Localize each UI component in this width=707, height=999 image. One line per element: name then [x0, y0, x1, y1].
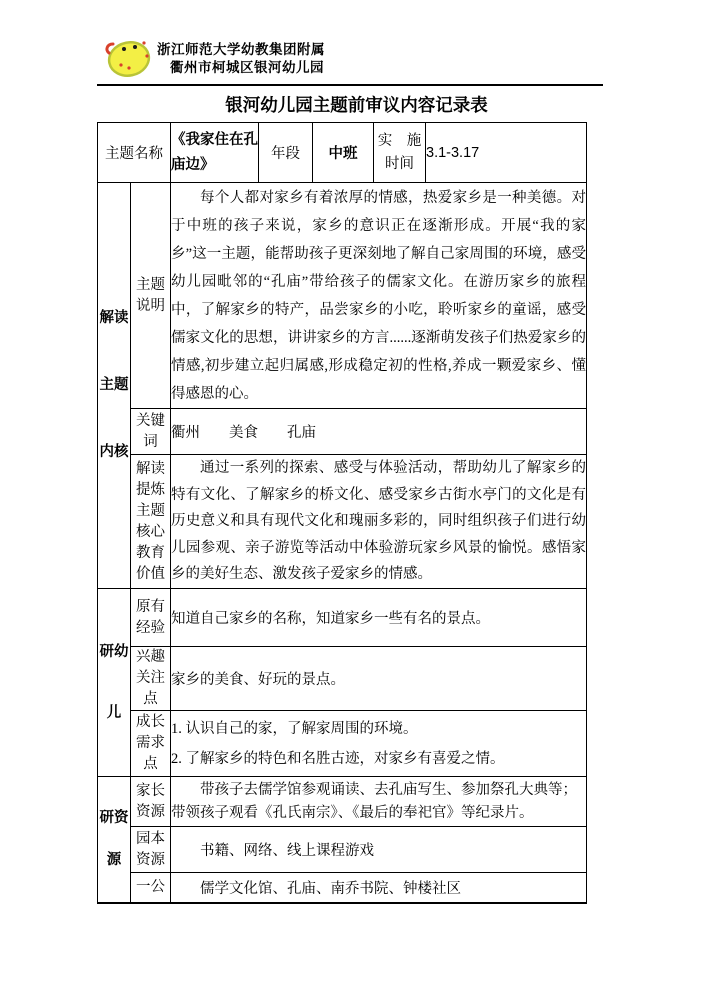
growth-needs-line1: 1. 认识自己的家，了解家周围的环境。: [171, 714, 586, 744]
theme-name-label: 主题名称: [98, 123, 171, 183]
row-label-parent-resources: 家长资源: [131, 777, 171, 827]
implementation-time-label: 实 施 时间: [374, 123, 426, 183]
implementation-time-value: 3.1-3.17: [426, 123, 587, 183]
parent-resources-line1: 带孩子去儒学馆参观诵读、去孔庙写生、参加祭孔大典等；: [171, 779, 586, 802]
row-label-community: 一公: [131, 873, 171, 903]
parent-resources-row: 研资源 家长资源 带孩子去儒学馆参观诵读、去孔庙写生、参加祭孔大典等； 带领孩子…: [98, 777, 587, 827]
chick-logo-icon: [101, 34, 153, 82]
row-label-keywords: 关键词: [131, 409, 171, 455]
row-label-core-value: 解读提炼主题核心教育价值: [131, 455, 171, 589]
header-divider: [97, 84, 603, 86]
parent-resources-text: 带孩子去儒学馆参观诵读、去孔庙写生、参加祭孔大典等； 带领孩子观看《孔氏南宗》、…: [171, 777, 587, 827]
grade-value: 中班: [313, 123, 374, 183]
implementation-time-label-line2: 时间: [374, 153, 425, 176]
section-header-core: 解读主题内核: [98, 183, 131, 589]
theme-name-value: 《我家住在孔庙边》: [171, 123, 259, 183]
prior-experience-text: 知道自己家乡的名称，知道家乡一些有名的景点。: [171, 589, 587, 647]
implementation-time-label-line1: 实 施: [374, 130, 425, 153]
keywords-row: 关键词 衢州 美食 孔庙: [98, 409, 587, 455]
growth-needs-text: 1. 认识自己的家，了解家周围的环境。 2. 了解家乡的特色和名胜古迹，对家乡有…: [171, 711, 587, 777]
interest-row: 兴趣关注点 家乡的美食、好玩的景点。: [98, 647, 587, 711]
growth-needs-row: 成长需求点 1. 认识自己的家，了解家周围的环境。 2. 了解家乡的特色和名胜古…: [98, 711, 587, 777]
interest-text: 家乡的美食、好玩的景点。: [171, 647, 587, 711]
section-header-children: 研幼儿: [98, 589, 131, 777]
growth-needs-line2: 2. 了解家乡的特色和名胜古迹，对家乡有喜爱之情。: [171, 744, 586, 774]
meta-row: 主题名称 《我家住在孔庙边》 年段 中班 实 施 时间 3.1-3.17: [98, 123, 587, 183]
row-label-school-resources: 园本资源: [131, 827, 171, 873]
page-title: 银河幼儿园主题前审议内容记录表: [97, 92, 616, 118]
grade-label: 年段: [259, 123, 313, 183]
core-value-row: 解读提炼主题核心教育价值 通过一系列的探索、感受与体验活动，帮助幼儿了解家乡的特…: [98, 455, 587, 589]
review-record-table: 主题名称 《我家住在孔庙边》 年段 中班 实 施 时间 3.1-3.17 解读主…: [97, 122, 587, 904]
row-label-growth-needs: 成长需求点: [131, 711, 171, 777]
core-value-text: 通过一系列的探索、感受与体验活动，帮助幼儿了解家乡的特有文化、了解家乡的桥文化、…: [171, 455, 587, 589]
theme-description-text: 每个人都对家乡有着浓厚的情感，热爱家乡是一种美德。对于中班的孩子来说，家乡的意识…: [171, 183, 587, 409]
community-resources-text: 儒学文化馆、孔庙、南乔书院、钟楼社区: [171, 873, 587, 903]
prior-experience-row: 研幼儿 原有经验 知道自己家乡的名称，知道家乡一些有名的景点。: [98, 589, 587, 647]
section-header-resources: 研资源: [98, 777, 131, 903]
org-name: 浙江师范大学幼教集团附属 衢州市柯城区银河幼儿园: [157, 41, 325, 77]
school-resources-row: 园本资源 书籍、网络、线上课程游戏: [98, 827, 587, 873]
org-name-line2: 衢州市柯城区银河幼儿园: [170, 59, 325, 77]
row-label-interest: 兴趣关注点: [131, 647, 171, 711]
theme-description-row: 解读主题内核 主题说明 每个人都对家乡有着浓厚的情感，热爱家乡是一种美德。对于中…: [98, 183, 587, 409]
community-resources-row: 一公 儒学文化馆、孔庙、南乔书院、钟楼社区: [98, 873, 587, 903]
keywords-text: 衢州 美食 孔庙: [171, 409, 587, 455]
school-resources-text: 书籍、网络、线上课程游戏: [171, 827, 587, 873]
row-label-prior-experience: 原有经验: [131, 589, 171, 647]
parent-resources-line2: 带领孩子观看《孔氏南宗》、《最后的奉祀官》等纪录片。: [171, 802, 586, 825]
org-name-line1: 浙江师范大学幼教集团附属: [157, 41, 325, 59]
document-page: 浙江师范大学幼教集团附属 衢州市柯城区银河幼儿园 银河幼儿园主题前审议内容记录表…: [0, 0, 707, 999]
row-label-theme-description: 主题说明: [131, 183, 171, 409]
